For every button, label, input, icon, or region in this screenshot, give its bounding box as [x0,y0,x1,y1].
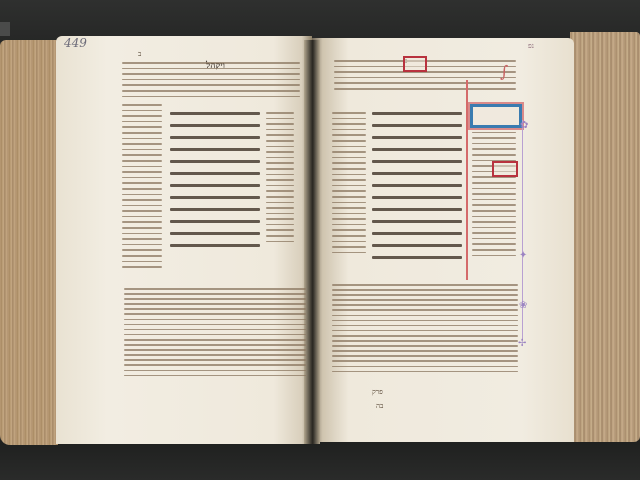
right-signature: פרק [372,388,383,396]
rubric-box-blue [470,104,522,128]
book-gutter [304,40,320,444]
right-folio-mark: נפ [528,42,534,50]
rubric-box-mid [492,161,518,177]
left-fore-edge [0,40,58,445]
flourish-ornament-icon: ✿ [520,120,528,131]
right-main-text [372,112,462,272]
right-signature-sub: בה [376,402,383,410]
left-header-mark: ב [138,50,141,58]
background-clip [0,22,10,36]
left-top-commentary [122,62,300,104]
left-outer-commentary [122,104,162,284]
flourish-ornament-icon: ❀ [519,300,527,311]
flourish-ornament-icon: ✦ [519,250,527,261]
rubric-box-top [403,56,427,72]
red-flourish-line [466,80,468,280]
right-fore-edge [570,32,640,442]
left-main-text [170,112,260,262]
folio-number: 449 [64,36,87,50]
left-bottom-commentary [124,288,306,378]
red-scroll-flourish-icon: ∫ [500,62,508,81]
flourish-ornament-icon: ✢ [518,338,526,349]
dark-background-bottom [0,440,640,480]
right-inner-commentary [332,112,366,272]
right-bottom-commentary [332,284,518,376]
left-inner-commentary [266,112,294,262]
right-outer-commentary [472,126,516,276]
